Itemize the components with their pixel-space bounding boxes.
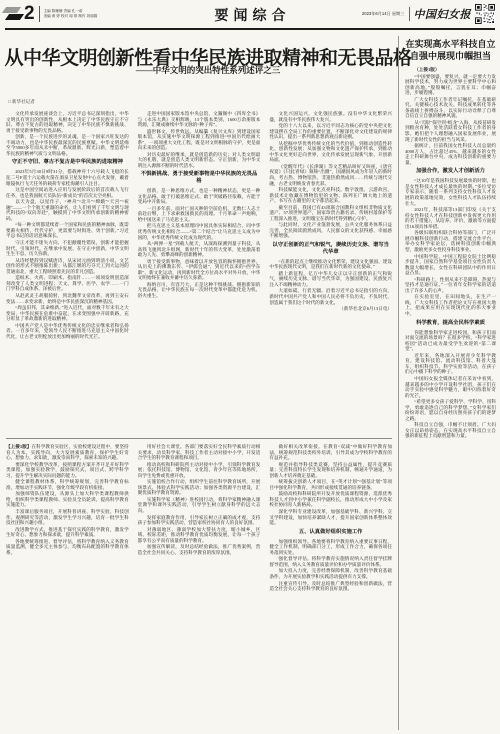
body-paragraph: 海纳百川，有容乃大。正是这种不惧挑战、拥抱新知的无畏品格，让中华民族在每一次时代… bbox=[138, 282, 261, 299]
body-paragraph: 对历史最好的继承，就是创造新的历史；对人类文明最大的礼敬，就是创造人类文明新形态… bbox=[138, 152, 261, 169]
column-paragraphs: “中国要强盛、要复兴，就一定要大力发展科学技术，努力成为世界主要科学中心和创新高… bbox=[405, 74, 496, 166]
body-paragraph: 大道如砥，行者无疆。沿着习近平总书记指引的方向，新时代中国共产党人和中国人民必将… bbox=[269, 288, 392, 305]
body-paragraph: 中国共产党人是中华优秀传统文化的忠实继承者和弘扬者。一百多年来，党领导人民不断推… bbox=[6, 323, 129, 340]
body-paragraph: 中国科学院、中国工程院女院士比例稳步提升，国家自然科学基金项目女性负责人数量大幅… bbox=[405, 254, 496, 276]
body-paragraph: 创新，是一种思维方式，也是一种精神状态，更是一种文化品格。敢于打破思维定式、敢于… bbox=[138, 188, 261, 205]
body-paragraph: 文化传承发展座谈会上，习近平总书记深刻指出，中华文明具有突出的创新性，从根本上决… bbox=[6, 111, 129, 133]
body-paragraph: 各地要统筹推进、督导评估，将科学教育纳入义务教育质量监测，健全多元主体参与、均衡… bbox=[6, 539, 129, 556]
right-article: 在实现高水平科技自立自强中展现巾帼担当 （上接1版） “中国要强盛、要复兴，就一… bbox=[405, 38, 496, 730]
body-paragraph: “中国要强盛、要复兴，就一定要大力发展科学技术，努力成为世界主要科学中心和创新高… bbox=[405, 74, 496, 96]
main-article-subhead-2: 不惧新挑战、勇于接受新事物是中华民族的无畏品格 bbox=[141, 171, 258, 184]
main-article-column-2: 走进中国国家版本馆中央总馆，文瀚阁中《四库全书》与《永乐大典》交相辉映，13个版… bbox=[138, 111, 261, 435]
body-paragraph: 丰富课后服务项目，开展科普讲座、科学实验、科技创作、观测研究等活动，激发学生学习… bbox=[6, 509, 129, 526]
body-paragraph: 鼓励高校和科研院所开发开放优质课程资源，选派优秀科技人才到中小学兼任科学副校长，… bbox=[269, 491, 392, 508]
body-paragraph: 从“两弹一星”到载人航天，从深海探测到量子科技，从高铁飞驰到北斗组网，新时代十年… bbox=[138, 241, 261, 258]
main-article-columns: 文化传承发展座谈会上，习近平总书记深刻指出，中华文明具有突出的创新性，从根本上决… bbox=[6, 111, 392, 435]
body-paragraph: 科技自立自强，巾帼不让须眉。广大妇女正以昂扬姿态，在实现高水平科技自立自强的新征… bbox=[405, 422, 496, 439]
continued-from-mark: 【上接1版】 bbox=[6, 444, 31, 449]
body-paragraph: 改进教学方式，推进基于探究实践的科学教育，激发学生好奇心、想象力和探求欲，提升科… bbox=[6, 527, 129, 538]
main-article-subhead-1: 守正不守旧、尊古不复古是中华民族的进取精神 bbox=[9, 159, 126, 166]
body-paragraph: 用好社会大课堂。各部门要落实好全民科学素质行动相关要求，动员科学家、科技工作者主… bbox=[138, 444, 261, 461]
body-paragraph: 守正才能不迷失方向、不犯颠覆性错误，创新才能把握时代、引领时代。在继承中发展、在… bbox=[6, 240, 129, 257]
body-paragraph: 【上接1版】在科学教育实验区、实验校建设过程中，要坚持育人为本、实践导向，大力发… bbox=[6, 444, 129, 461]
column-paragraphs: “在新的起点上继续推动文化繁荣、建设文化强国、建设中华民族现代文明，是我们在新时… bbox=[269, 259, 392, 305]
body-paragraph: 把马克思主义基本原理同中国具体实际相结合、同中华优秀传统文化相结合——“第二个结… bbox=[138, 223, 261, 240]
bottom-article-columns: 【上接1版】在科学教育实验区、实验校建设过程中，要坚持育人为本、实践导向，大力发… bbox=[6, 444, 392, 730]
body-paragraph: 走进中国国家版本馆中央总馆，文瀚阁中《四库全书》与《永乐大典》交相辉映，13个版… bbox=[138, 111, 261, 128]
body-paragraph: 据统计，目前我国女性科技人员总量约4000万人，占比超过45%，越来越多的女性走… bbox=[405, 143, 496, 165]
body-paragraph: 广大女科技工作者牢记嘱托，在基础研究、关键核心技术攻关、科技成果转化等各条战线上… bbox=[405, 97, 496, 119]
body-paragraph: 强化督导评估。将科学教育实施情况纳入责任督学挂牌督导范围，纳入义务教育质量评价和… bbox=[269, 556, 392, 567]
body-paragraph: 踏上新征程，亿万中华儿女正以守正创新的正气和锐气，赓续历史文脉、谱写当代华章，为… bbox=[269, 271, 392, 288]
body-paragraph: “希望更多女孩子爱科学、学科学、用科学，勇敢追逐自己的科学梦想。”女科学家们纷纷… bbox=[405, 399, 496, 421]
body-paragraph: 深化学科专业建设改革，加强基础学科、新兴学科、交叉学科建设，加快培养紧缺人才，提… bbox=[269, 509, 392, 526]
body-paragraph: 2021年，科技部等13部门印发《关于支持女性科技人才在科技创新中发挥更大作用的… bbox=[405, 207, 496, 229]
body-paragraph: 以天为盘，以星作子，“神舟”“北斗”“嫦娥”“天宫”“祝融”——一个个航天重器的… bbox=[6, 199, 129, 221]
right-article-body: （上接1版） “中国要强盛、要复兴，就一定要大力发展科学技术，努力成为世界主要科… bbox=[405, 67, 496, 439]
body-paragraph: 发挥家庭教育作用，引导家长树立正确的成才观，支持孩子参加科学实践活动，营造家校社… bbox=[138, 515, 261, 526]
body-paragraph: 造纸术、火药、印刷术、指南针……一项项发明创造深刻改变了人类文明进程；天文、算学… bbox=[6, 275, 129, 292]
body-paragraph: 加强师资队伍建设，从源头上加大科学类课程教师供给，组织科学类课程教师、实验员全员… bbox=[6, 491, 129, 508]
body-paragraph: “每一种文明都延续着一个国家和民族的精神血脉，既需要薪火相传、代代守护，更需要与… bbox=[6, 222, 129, 239]
body-paragraph: 实施馆校合作行动，组织学生前往科学教育场所，开展场景式、体验式科学实践活动；加强… bbox=[138, 479, 261, 496]
body-paragraph: 加强宣传解读，及时总结经验做法，推广优秀案例，营造全社会共同关心、支持科学教育的… bbox=[138, 544, 261, 555]
body-paragraph: 统筹拔尖创新人才项目，在“英才计划”“强基计划”等项目中强化科学教育，共同形成接… bbox=[269, 479, 392, 490]
continued-from-note: （上接1版） bbox=[405, 67, 496, 73]
newspaper-masthead: 中国妇女报 bbox=[414, 6, 472, 22]
vertical-rule bbox=[398, 36, 399, 730]
column-paragraphs: 文化兴国运兴，文化强民族强。没有中华文化繁荣兴盛，就没有中华民族伟大复兴。党的十… bbox=[269, 111, 392, 239]
body-paragraph: 《觉醒年代》《长津湖》等文艺精品叫好又叫座，《唐宫夜宴》《只此青绿》频频“出圈”… bbox=[269, 164, 392, 186]
body-paragraph: 近年来，各地深入开展青少年科学教育，建设科技馆、流动科技馆、科普大篷车，组织科技… bbox=[405, 353, 496, 375]
body-paragraph: 2023年5月30日9时31分，搭载神舟十六号载人飞船的长征二号F遥十六运载火箭… bbox=[6, 169, 129, 186]
column-paragraphs: 2023年5月30日9时31分，搭载神舟十六号载人飞船的长征二号F遥十六运载火箭… bbox=[6, 169, 129, 339]
main-article-subtitle: ——中华文明的突出特性系列述评之三 bbox=[1, 64, 415, 76]
body-paragraph: 要深化学校教学改革，按照课程方案开齐开足开好科学类课程，加强实验教学，鼓励探究式… bbox=[6, 462, 129, 479]
body-paragraph: 加强组织领导。各地要将科学教育纳入重要议事日程，健全工作机制，明确部门分工，形成… bbox=[269, 539, 392, 556]
body-paragraph: “这10年是我国科技发展最快的时期，也是女性科技人才成长最快的时期。”多位受访专… bbox=[405, 178, 496, 206]
bottom-article-column-1: 【上接1版】在科学教育实验区、实验校建设过程中，要坚持育人为本、实践导向，大力发… bbox=[6, 444, 129, 730]
header-divider bbox=[409, 7, 410, 21]
newspaper-page: 2 主编 陈姗姗 责编 孔一诺 美编 黄 婷 校对 闻 琪 制作 刘丽娟 要闻综… bbox=[0, 0, 500, 734]
body-paragraph: 规范并指导科技类竞赛，坚持公益属性，提升竞赛质量；完善科技特长学生发现和培养机制… bbox=[269, 462, 392, 479]
body-paragraph: 推动高校和科研院所主动对接中小学，引领科学教育发展；依托科技馆、博物馆、文化馆、… bbox=[138, 462, 261, 479]
body-paragraph: 从诗经楚辞到汉赋唐诗，从宋词元曲到明清小说，文艺创作的形式不断推陈出新；从都江堰… bbox=[6, 258, 129, 275]
body-paragraph: 中国妇女报全媒体记者在采访中看到，越来越多的中小学开设科学社团，孩子们在动手实验… bbox=[405, 376, 496, 398]
body-paragraph: “科研路上，性别从来不是障碍，热爱与坚持才是通行证。”一位青年女科学家的话道出了… bbox=[405, 277, 496, 294]
body-paragraph: 实施科学家（精神）进校园行动，将科学家精神融入课堂教学和课外实践活动，引导学生树… bbox=[138, 497, 261, 514]
body-paragraph: 截至目前，我国已有43项联合国教科文组织非物质文化遗产、57项世界遗产，国家珍贵… bbox=[269, 205, 392, 222]
body-paragraph: 健全课程教材体系，科学统筹规划，完善科学教育标准，增加动手实践环节，强化年级学段… bbox=[6, 479, 129, 490]
body-paragraph: 从“天眼”探空到“蛟龙”入海，从疫苗研发到粮食育种，处处活跃着女科技工作者的身影… bbox=[405, 120, 496, 142]
main-article-column-3: 文化兴国运兴，文化强民族强。没有中华文化繁荣兴盛，就没有中华民族伟大复兴。党的十… bbox=[269, 111, 392, 435]
body-paragraph: 做好相关改革衔接。在教育“双减”中做好科学教育加法，统筹规范科技类校外培训，引导… bbox=[269, 444, 392, 461]
page-header: 2 主编 陈姗姗 责编 孔一诺 美编 黄 婷 校对 闻 琪 制作 刘丽娟 要闻综… bbox=[5, 3, 495, 30]
bottom-article-column-3: 做好相关改革衔接。在教育“双减”中做好科学教育加法，统筹规范科技类校外培训，引导… bbox=[269, 444, 392, 730]
body-paragraph: 在实验室里，在田间地头，在生产一线，广大女科技工作者把论文写在祖国大地上，把成果… bbox=[405, 294, 496, 316]
column-paragraphs: 创新，是一种思维方式，也是一种精神状态，更是一种文化品格。敢于打破思维定式、敢于… bbox=[138, 188, 261, 298]
bottom-article-column-2: 用好社会大课堂。各部门要落实好全民科学素质行动相关要求，动员科学家、科技工作者主… bbox=[138, 444, 261, 730]
qr-code-icon bbox=[475, 4, 495, 24]
body-paragraph: 从挖掘中华优秀传统文化的当代价值，到推动创造性转化、创新性发展；从加强文物和文化… bbox=[269, 141, 392, 163]
right-article-subhead-1: 加强合作，激发人才创新活力 bbox=[408, 168, 493, 175]
body-paragraph: 科技赋能文化，文化点亮科技。数字敦煌、云游故宫，新技术让收藏在博物馆里的文物、陈… bbox=[269, 187, 392, 204]
body-paragraph: “周虽旧邦，其命维新。”进入近代，面对数千年未有之大变局，中华民族在危难中奋起，… bbox=[6, 305, 129, 322]
body-paragraph: 从赵武灵王胡服骑射，到北魏孝文帝改革，再到王安石变法……求变求新，始终是中华民族… bbox=[6, 293, 129, 304]
body-paragraph: 创新，是一个民族进步的灵魂，是一个国家兴旺发达的不竭动力，也是中华民族最深沉的民… bbox=[6, 134, 129, 156]
body-paragraph: 对薄弱地区、薄弱学校加大帮扶力度，缩小城乡、区域、校际差距，推动科学教育优质均衡… bbox=[138, 527, 261, 544]
column-paragraphs: 加强组织领导。各地要将科学教育纳入重要议事日程，健全工作机制，明确部门分工，形成… bbox=[269, 539, 392, 592]
column-paragraphs: 要深化学校教学改革，按照课程方案开齐开足开好科学类课程，加强实验教学，鼓励探究式… bbox=[6, 462, 129, 556]
body-paragraph: 这是中国空间站进入应用与发展阶段后的首次载人飞行任务，也是我国航天员队伍“新成员… bbox=[6, 187, 129, 198]
byline: □ 新华社记者 bbox=[8, 99, 35, 105]
body-paragraph: 你能想象科学家走进校园，和孩子们面对面交流的场景吗？在很多学校，“科学家进校园”… bbox=[405, 330, 496, 352]
right-article-subhead-2: 科学教育，提高全民科学素质 bbox=[408, 320, 493, 327]
body-paragraph: 一百多年前，面对亡国灭种的空前危机，无数仁人志士前赴后继，上下求索救国救民的真理… bbox=[138, 206, 261, 223]
body-paragraph: 党的十八大以来，以习近平同志为核心的党中央把文化建设摆在全局工作的重要位置，不断… bbox=[269, 123, 392, 140]
right-article-headline: 在实现高水平科技自立自强中展现巾帼担当 bbox=[405, 38, 496, 62]
body-paragraph: 与此同时，文化产业蓬勃发展，公共文化服务体系日益完善，全民阅读蔚然成风，人民群众… bbox=[269, 222, 392, 239]
body-paragraph: 盛世修文，传世致远。从编纂《复兴文库》到建设国家版本馆，从实施中华文明探源工程到… bbox=[138, 129, 261, 151]
body-paragraph: 文化兴国运兴，文化强民族强。没有中华文化繁荣兴盛，就没有中华民族伟大复兴。 bbox=[269, 111, 392, 122]
column-paragraphs: 走进中国国家版本馆中央总馆，文瀚阁中《四库全书》与《永乐大典》交相辉映，13个版… bbox=[138, 111, 261, 168]
body-paragraph: “在新的起点上继续推动文化繁荣、建设文化强国、建设中华民族现代文明，是我们在新时… bbox=[269, 259, 392, 270]
bottom-article-subhead-5: 五、认真做好组织实施工作 bbox=[272, 529, 389, 536]
page-header-right: 2023年6月14日 星期三 中国妇女报 bbox=[362, 4, 495, 24]
main-article-subhead-3: 以守正创新的正气和锐气，赓续历史文脉、谱写当代华章 bbox=[272, 242, 389, 255]
column-paragraphs: “这10年是我国科技发展最快的时期，也是女性科技人才成长最快的时期。”多位受访专… bbox=[405, 178, 496, 316]
publication-date: 2023年6月14日 星期三 bbox=[362, 11, 405, 17]
body-paragraph: 各级妇联组织联合科协等部门，广泛开展巾帼科技创新行动，搭建交流合作平台，举办女科… bbox=[405, 230, 496, 252]
column-paragraphs: 做好相关改革衔接。在教育“双减”中做好科学教育加法，统筹规范科技类校外培训，引导… bbox=[269, 444, 392, 526]
body-paragraph: 注重宣传引导。及时总结推广典型经验和创新做法，营造全社会关心支持科学教育的良好氛… bbox=[269, 581, 392, 592]
horizontal-rule bbox=[6, 438, 392, 439]
column-paragraphs: 文化传承发展座谈会上，习近平总书记深刻指出，中华文明具有突出的创新性，从根本上决… bbox=[6, 111, 129, 156]
body-paragraph: 勇于接受新事物，意味着以开放包容的胸怀拥抱世界。从历史上的佛教东传、“伊儒会通”… bbox=[138, 259, 261, 281]
wire-dateline: （新华社北京6月13日电） bbox=[269, 306, 392, 312]
main-article-column-1: 文化传承发展座谈会上，习近平总书记深刻指出，中华文明具有突出的创新性，从根本上决… bbox=[6, 111, 129, 435]
body-paragraph: 加大投入力度，完善经费保障机制，改善科学教育基础条件，为开展实验教学和实践活动提… bbox=[269, 568, 392, 579]
column-paragraphs: 用好社会大课堂。各部门要落实好全民科学素质行动相关要求，动员科学家、科技工作者主… bbox=[138, 444, 261, 555]
column-paragraphs: 你能想象科学家走进校园，和孩子们面对面交流的场景吗？在很多学校，“科学家进校园”… bbox=[405, 330, 496, 439]
